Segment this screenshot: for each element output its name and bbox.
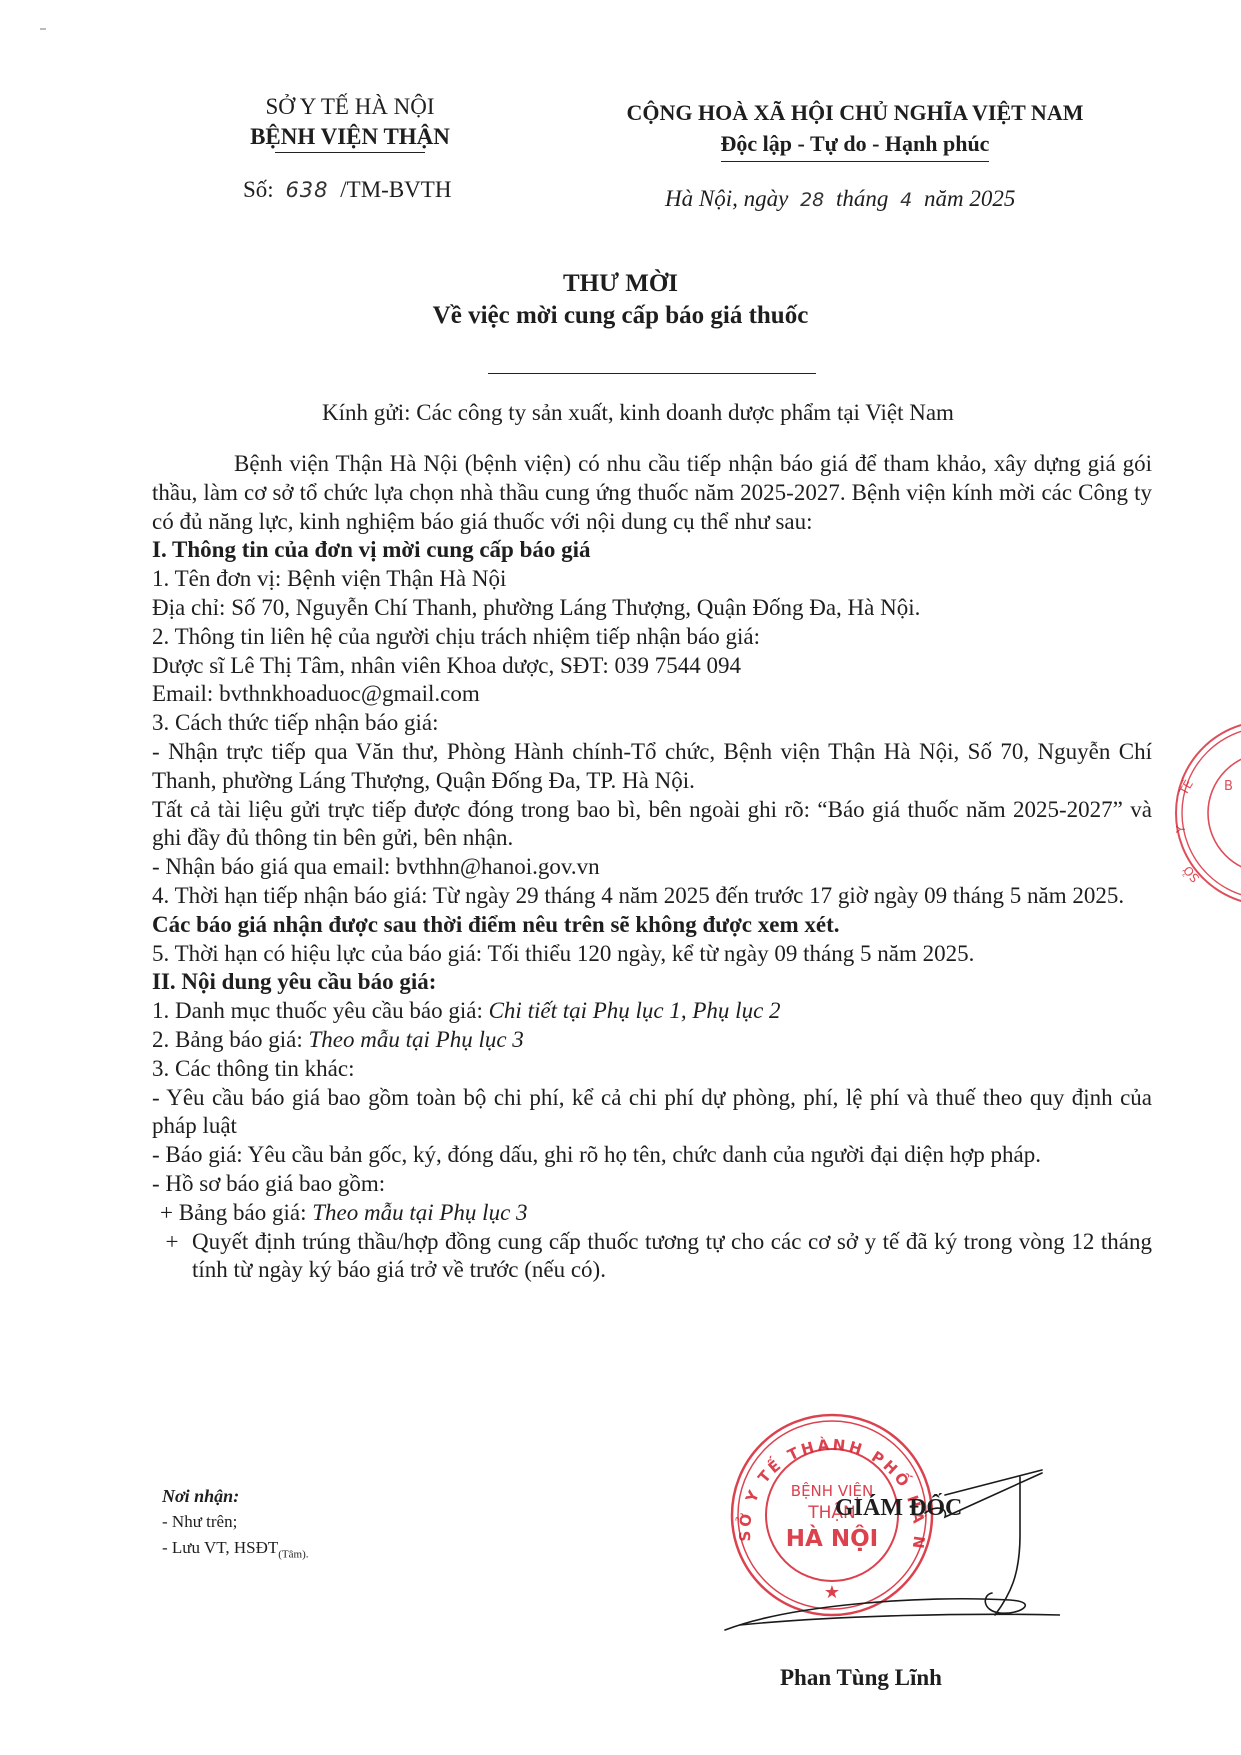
section1-heading: I. Thông tin của đơn vị mời cung cấp báo… (152, 536, 1152, 565)
issuer-block: SỞ Y TẾ HÀ NỘI BỆNH VIỆN THẬN (215, 92, 485, 153)
dossier-item-1: + Bảng báo giá: Theo mẫu tại Phụ lục 3 (152, 1199, 1152, 1228)
signer-name: Phan Tùng Lĩnh (780, 1665, 942, 1691)
title-subtitle: Về việc mời cung cấp báo giá thuốc (0, 300, 1241, 332)
date-month-label: tháng (836, 186, 888, 211)
contact-person: Dược sĩ Lê Thị Tâm, nhân viên Khoa dược,… (152, 652, 1152, 681)
number-handwritten: 638 (285, 178, 328, 202)
recipients-heading: Nơi nhận: (162, 1483, 308, 1509)
date-day: 28 (800, 189, 824, 211)
dossier-item-2: +Quyết định trúng thầu/hợp đồng cung cấp… (152, 1228, 1152, 1286)
requirement-costs: - Yêu cầu báo giá bao gồm toàn bộ chi ph… (152, 1084, 1152, 1142)
method-packaging: Tất cả tài liệu gửi trực tiếp được đóng … (152, 796, 1152, 854)
issuer-underline (275, 152, 425, 153)
document-number: Số: 638 /TM-BVTH (243, 177, 451, 203)
number-prefix: Số: (243, 177, 274, 202)
scan-artifact (40, 28, 46, 30)
svg-text:B: B (1224, 779, 1233, 794)
title-divider (488, 373, 816, 374)
contact-heading: 2. Thông tin liên hệ của người chịu trác… (152, 623, 1152, 652)
date-line: Hà Nội, ngày 28 tháng 4 năm 2025 (665, 186, 1015, 212)
requirement-item-2: 2. Bảng báo giá: Theo mẫu tại Phụ lục 3 (152, 1026, 1152, 1055)
recipients-block: Nơi nhận: - Như trên; - Lưu VT, HSĐT(Tâm… (162, 1483, 308, 1567)
national-header: CỘNG HOÀ XÃ HỘI CHỦ NGHĨA VIỆT NAM Độc l… (590, 97, 1120, 162)
svg-text:SỞ: SỞ (1178, 862, 1202, 887)
document-body: Bệnh viện Thận Hà Nội (bệnh viện) có nhu… (152, 450, 1152, 1285)
deadline: 4. Thời hạn tiếp nhận báo giá: Từ ngày 2… (152, 882, 1152, 911)
requirement-item-1: 1. Danh mục thuốc yêu cầu báo giá: Chi t… (152, 997, 1152, 1026)
date-place: Hà Nội, ngày (665, 186, 788, 211)
unit-name: 1. Tên đơn vị: Bệnh viện Thận Hà Nội (152, 565, 1152, 594)
date-year: năm 2025 (924, 186, 1015, 211)
validity: 5. Thời hạn có hiệu lực của báo giá: Tối… (152, 940, 1152, 969)
method-direct: - Nhận trực tiếp qua Văn thư, Phòng Hành… (152, 738, 1152, 796)
document-title: THƯ MỜI Về việc mời cung cấp báo giá thu… (0, 268, 1241, 332)
title-main: THƯ MỜI (0, 268, 1241, 300)
requirement-original: - Báo giá: Yêu cầu bản gốc, ký, đóng dấu… (152, 1141, 1152, 1170)
addressee: Kính gửi: Các công ty sản xuất, kinh doa… (0, 400, 1241, 426)
late-notice: Các báo giá nhận được sau thời điểm nêu … (152, 911, 1152, 940)
method-heading: 3. Cách thức tiếp nhận báo giá: (152, 709, 1152, 738)
section2-heading: II. Nội dung yêu cầu báo giá: (152, 968, 1152, 997)
svg-text:Y: Y (1174, 825, 1188, 834)
intro-paragraph: Bệnh viện Thận Hà Nội (bệnh viện) có nhu… (152, 450, 1152, 536)
method-email: - Nhận báo giá qua email: bvthhn@hanoi.g… (152, 853, 1152, 882)
recipient-item: - Như trên; (162, 1509, 308, 1535)
signature-icon (720, 1465, 1060, 1645)
contact-email: Email: bvthnkhoaduoc@gmail.com (152, 680, 1152, 709)
dossier-heading: - Hồ sơ báo giá bao gồm: (152, 1170, 1152, 1199)
date-month: 4 (900, 189, 912, 211)
national-motto: Độc lập - Tự do - Hạnh phúc (721, 128, 990, 162)
requirement-item-3: 3. Các thông tin khác: (152, 1055, 1152, 1084)
number-suffix: /TM-BVTH (340, 177, 451, 202)
agency-name: SỞ Y TẾ HÀ NỘI (215, 92, 485, 122)
margin-stamp-icon: TẾ Y SỞ B (1168, 718, 1241, 908)
recipient-item: - Lưu VT, HSĐT(Tâm). (162, 1535, 308, 1567)
nation-name: CỘNG HOÀ XÃ HỘI CHỦ NGHĨA VIỆT NAM (590, 97, 1120, 128)
organization-name: BỆNH VIỆN THẬN (215, 122, 485, 152)
unit-address: Địa chỉ: Số 70, Nguyễn Chí Thanh, phường… (152, 594, 1152, 623)
